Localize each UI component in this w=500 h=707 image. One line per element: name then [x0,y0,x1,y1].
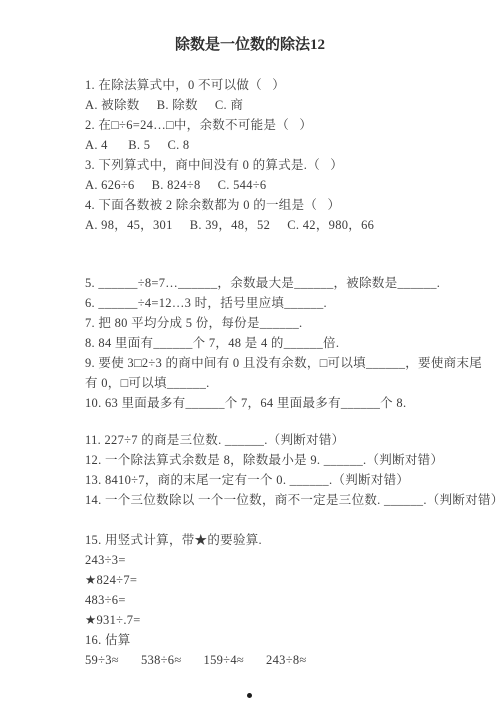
question-4-options: A. 98，45，301 B. 39，48，52 C. 42，980，66 [0,215,500,235]
calculation-item-1: 243÷3= [0,550,500,570]
question-8: 8. 84 里面有______个 7，48 是 4 的______倍. [0,333,500,353]
question-11: 11. 227÷7 的商是三位数. ______.（判断对错） [0,430,500,450]
estimation-item-4: 243÷8≈ [266,650,307,670]
question-1: 1. 在除法算式中，0 不可以做（ ） [0,75,500,95]
question-14: 14. 一个三位数除以 一个一位数，商不一定是三位数. ______.（判断对错… [0,490,500,510]
worksheet-page: 除数是一位数的除法12 1. 在除法算式中，0 不可以做（ ） A. 被除数 B… [0,0,500,707]
calculation-item-2: ★824÷7= [0,570,500,590]
question-9-line-1: 9. 要使 3□2÷3 的商中间有 0 且没有余数，□可以填______，要使商… [0,353,500,373]
question-13: 13. 8410÷7，商的末尾一定有一个 0. ______.（判断对错） [0,470,500,490]
estimation-item-2: 538÷6≈ [141,650,182,670]
calculation-item-4: ★931÷.7= [0,610,500,630]
question-4: 4. 下面各数被 2 除余数都为 0 的一组是（ ） [0,195,500,215]
question-12: 12. 一个除法算式余数是 8，除数最小是 9. ______.（判断对错） [0,450,500,470]
question-7: 7. 把 80 平均分成 5 份，每份是______. [0,313,500,333]
question-16: 16. 估算 [0,630,500,650]
question-9-line-2: 有 0，□可以填______. [0,373,500,393]
question-15: 15. 用竖式计算，带★的要验算. [0,530,500,550]
question-3-options: A. 626÷6 B. 824÷8 C. 544÷6 [0,175,500,195]
estimation-row: 59÷3≈ 538÷6≈ 159÷4≈ 243÷8≈ [0,650,500,670]
estimation-item-1: 59÷3≈ [85,650,119,670]
question-5: 5. ______÷8=7…______，余数最大是______，被除数是___… [0,273,500,293]
calculation-item-3: 483÷6= [0,590,500,610]
question-2-options: A. 4 B. 5 C. 8 [0,135,500,155]
question-1-options: A. 被除数 B. 除数 C. 商 [0,95,500,115]
page-footer-dot [247,693,252,698]
question-10: 10. 63 里面最多有______个 7，64 里面最多有______个 8. [0,393,500,413]
question-2: 2. 在□÷6=24…□中，余数不可能是（ ） [0,115,500,135]
worksheet-title: 除数是一位数的除法12 [0,35,500,55]
question-3: 3. 下列算式中，商中间没有 0 的算式是.（ ） [0,155,500,175]
estimation-item-3: 159÷4≈ [204,650,245,670]
question-6: 6. ______÷4=12…3 时，括号里应填______. [0,293,500,313]
